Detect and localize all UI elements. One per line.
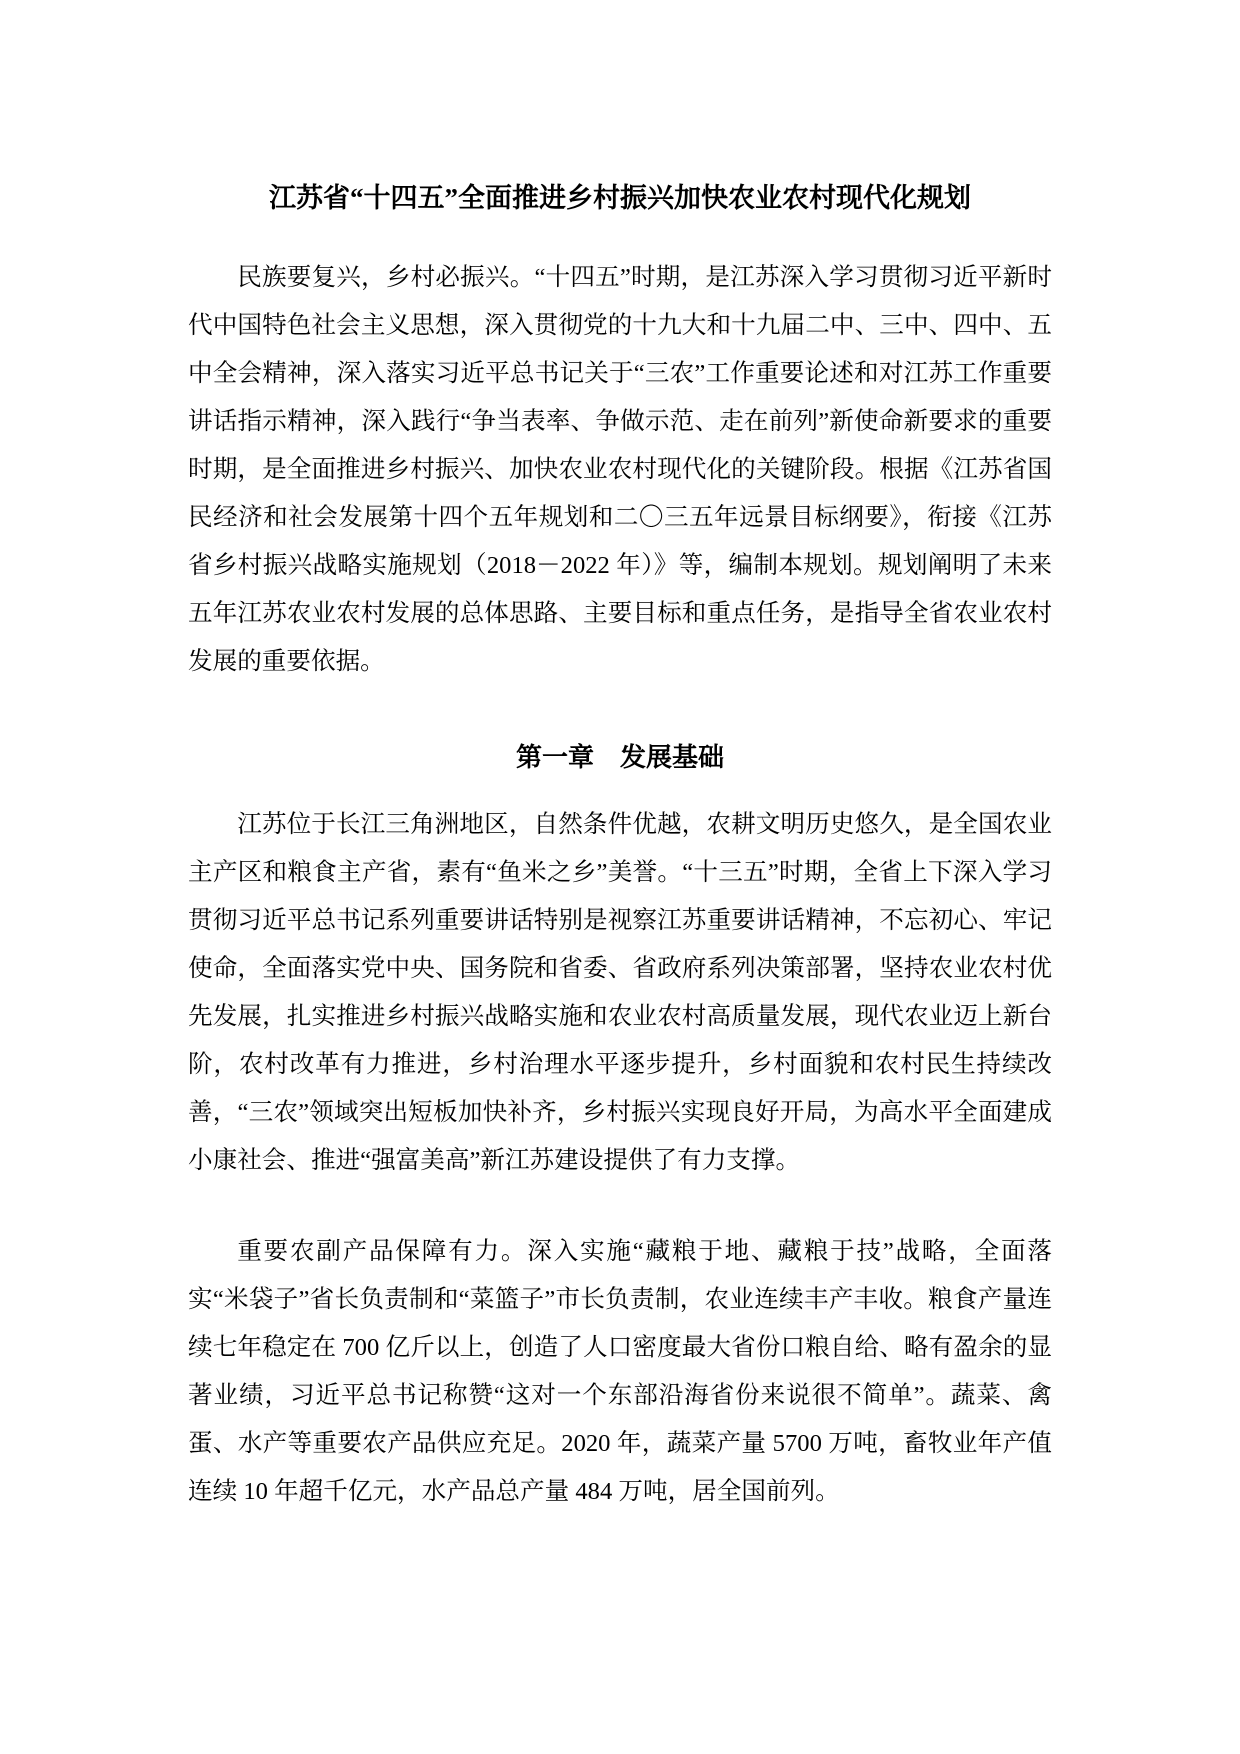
intro-paragraph: 民族要复兴，乡村必振兴。“十四五”时期，是江苏深入学习贯彻习近平新时代中国特色社… [188,254,1052,686]
chapter-1-paragraph-1: 江苏位于长江三角洲地区，自然条件优越，农耕文明历史悠久，是全国农业主产区和粮食主… [188,801,1052,1185]
document-content: 江苏省“十四五”全面推进乡村振兴加快农业农村现代化规划 民族要复兴，乡村必振兴。… [188,178,1052,1516]
page-title: 江苏省“十四五”全面推进乡村振兴加快农业农村现代化规划 [188,178,1052,218]
document-page: 江苏省“十四五”全面推进乡村振兴加快农业农村现代化规划 民族要复兴，乡村必振兴。… [0,0,1240,1754]
chapter-1-heading: 第一章 发展基础 [188,734,1052,782]
chapter-1-paragraph-2: 重要农副产品保障有力。深入实施“藏粮于地、藏粮于技”战略，全面落实“米袋子”省长… [188,1228,1052,1516]
